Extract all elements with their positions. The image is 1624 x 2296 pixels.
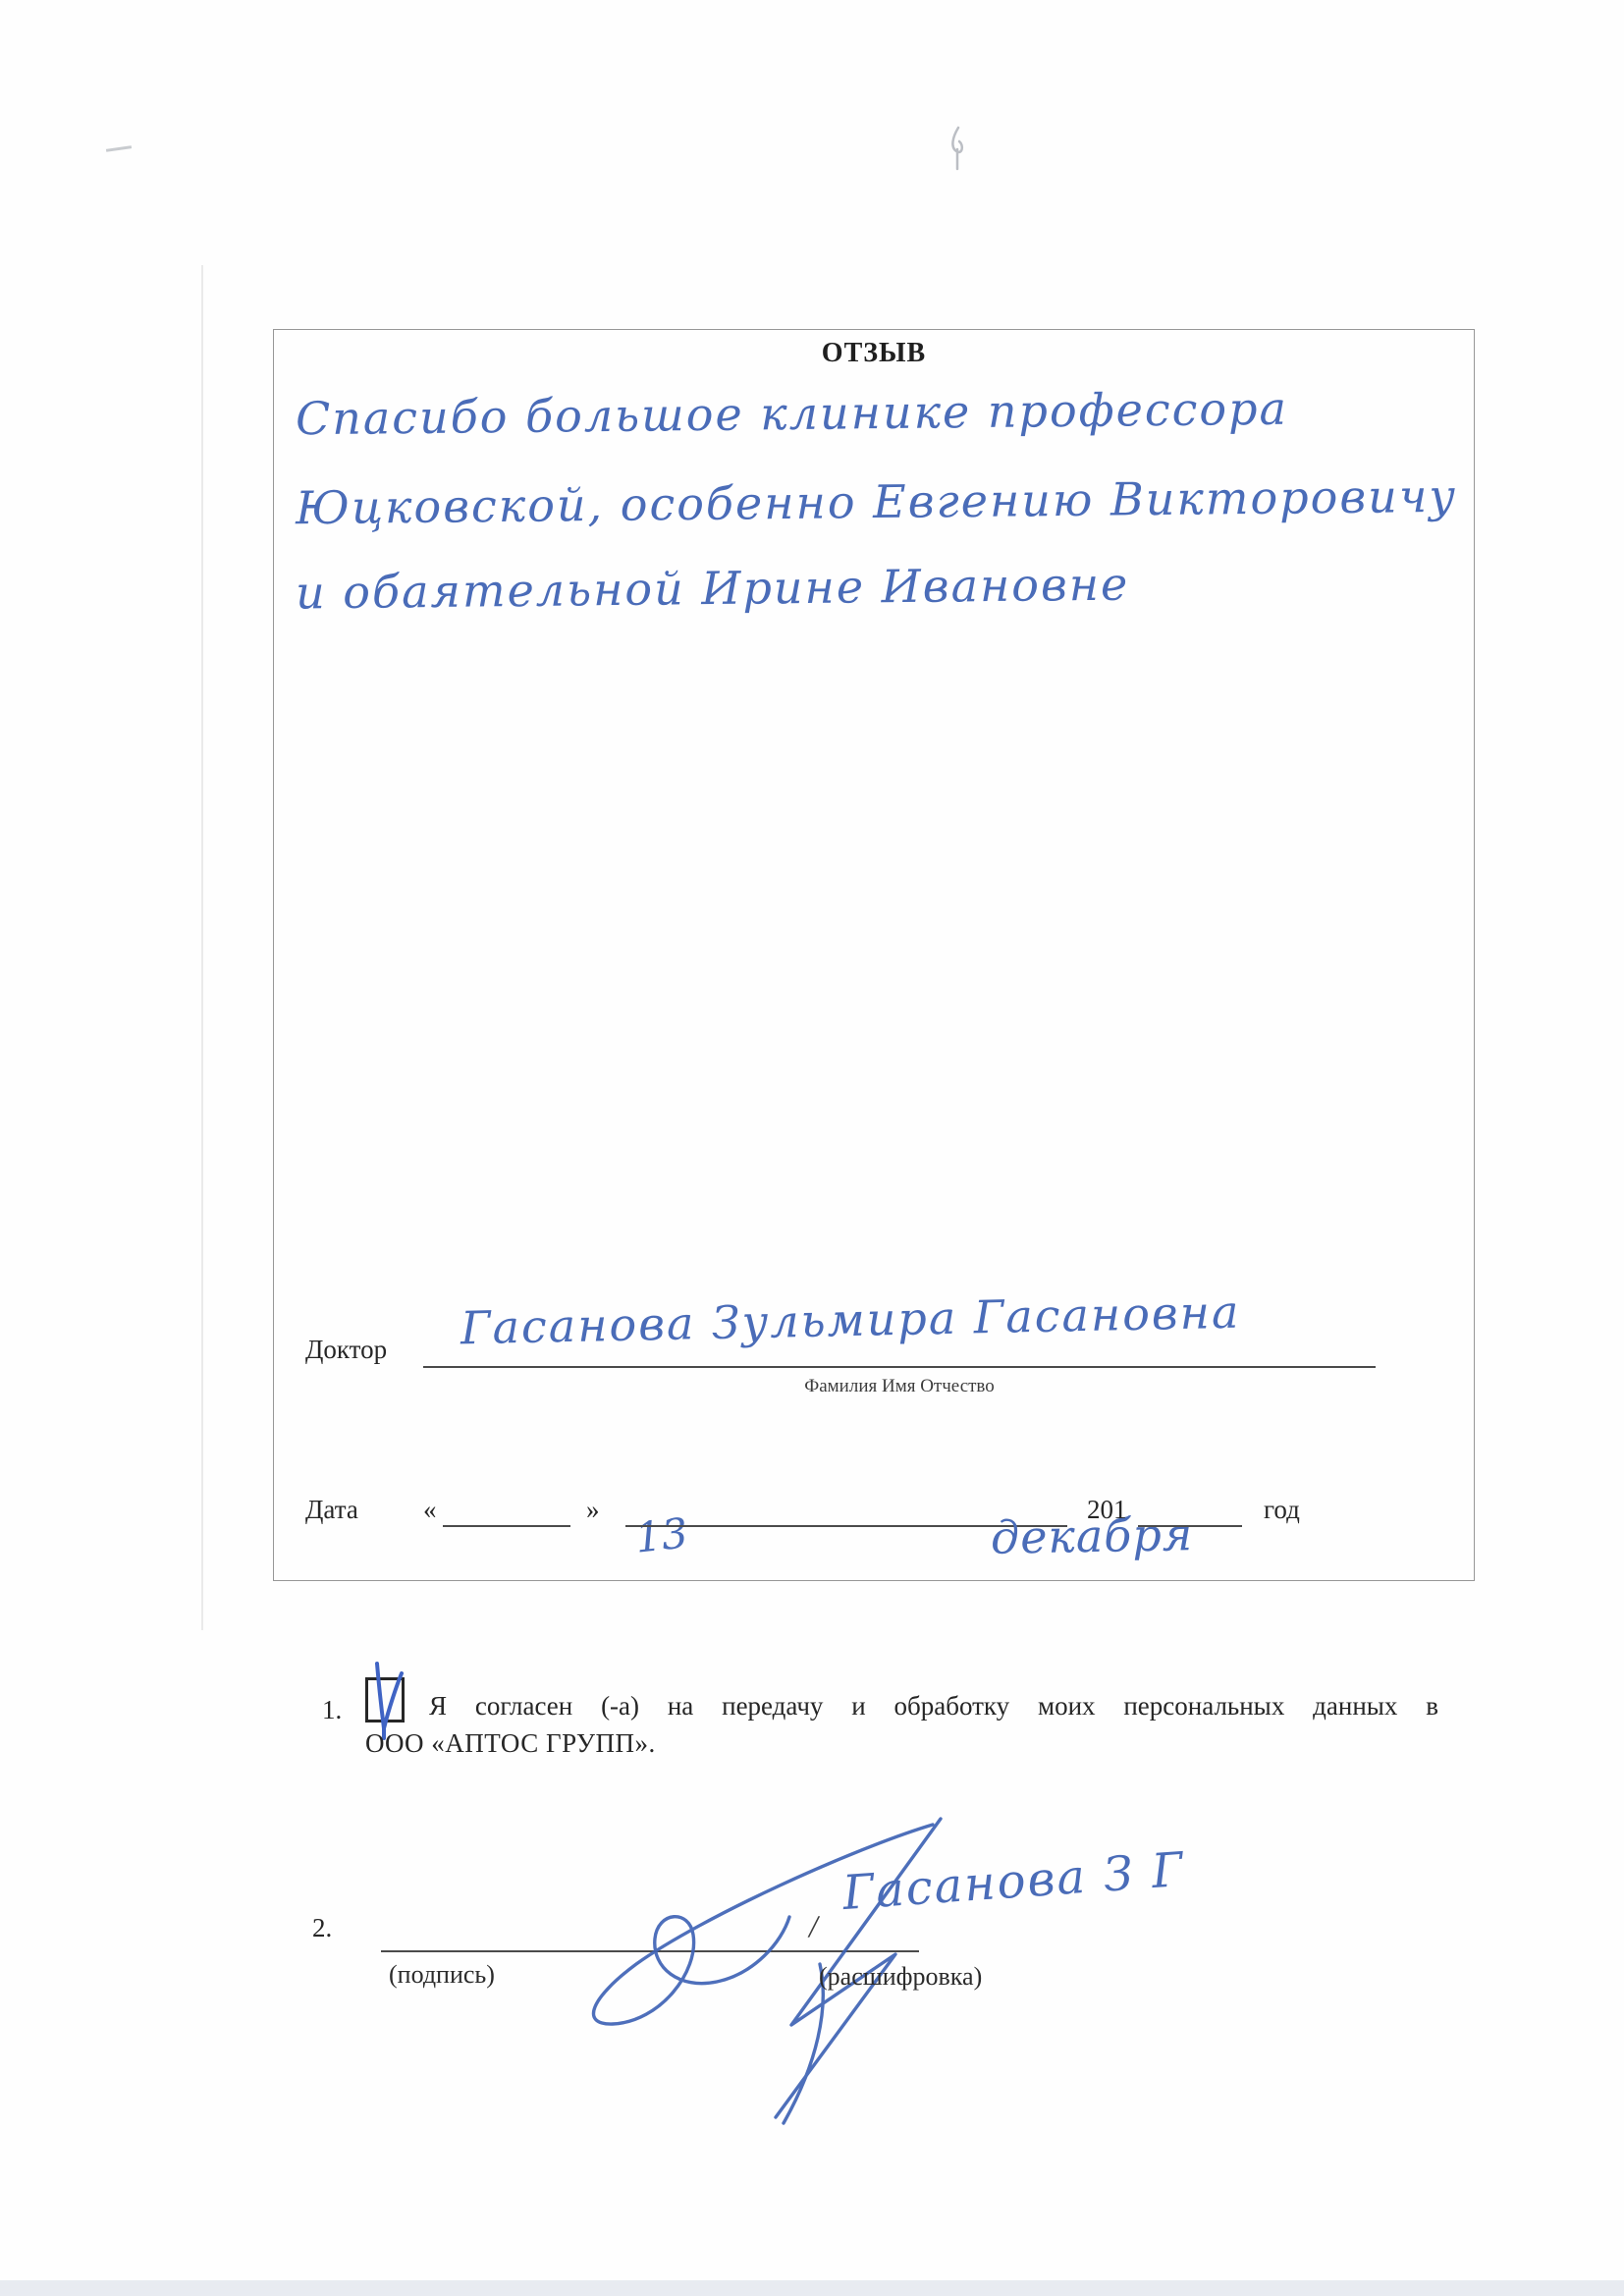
date-year-line: 8 xyxy=(1138,1525,1242,1527)
review-title: ОТЗЫВ xyxy=(274,338,1474,369)
scan-artifact-squiggle xyxy=(945,126,970,171)
doctor-name-handwritten: Гасанова Зульмира Гасановна xyxy=(460,1285,1241,1355)
consent-text-line-1: Я согласен (-а) на передачу и обработку … xyxy=(429,1691,1438,1722)
date-close-quote: » xyxy=(586,1495,600,1525)
date-open-quote: « xyxy=(423,1495,437,1525)
doctor-label: Доктор xyxy=(305,1335,387,1365)
date-row: Дата « 13 » декабря 201 8 год xyxy=(274,1477,1474,1556)
signature-caption: (подпись) xyxy=(389,1960,495,1990)
scanned-document-page: ОТЗЫВ Спасибо большое клинике профессора… xyxy=(0,0,1624,2296)
consent-item-number: 1. xyxy=(322,1695,342,1725)
date-day-line: 13 xyxy=(443,1525,570,1527)
scan-bottom-shadow xyxy=(0,2280,1624,2296)
handwritten-review-line-1: Спасибо большое клинике профессора xyxy=(296,382,1288,446)
signature-item-number: 2. xyxy=(312,1913,332,1943)
date-year-prefix: 201 xyxy=(1087,1495,1127,1525)
review-box: ОТЗЫВ Спасибо большое клинике профессора… xyxy=(273,329,1475,1581)
transcript-caption: (расшифровка) xyxy=(819,1962,982,1992)
scan-fold-line xyxy=(201,265,203,1630)
date-year-suffix: год xyxy=(1264,1495,1300,1525)
date-month-line: декабря xyxy=(625,1525,1067,1527)
date-day-handwritten: 13 xyxy=(633,1508,690,1561)
date-label: Дата xyxy=(305,1495,358,1525)
handwritten-review-line-2: Юцковской, особенно Евгению Викторовичу xyxy=(296,469,1458,534)
consent-text-line-2: ООО «АПТОС ГРУПП». xyxy=(365,1728,656,1759)
doctor-name-caption: Фамилия Имя Отчество xyxy=(423,1376,1376,1397)
doctor-name-line xyxy=(423,1366,1376,1368)
handwritten-review-line-3: и обаятельной Ирине Ивановне xyxy=(296,558,1130,620)
doctor-row: Доктор Гасанова Зульмира Гасановна Фамил… xyxy=(274,1307,1474,1376)
scan-artifact-dash xyxy=(106,145,132,152)
